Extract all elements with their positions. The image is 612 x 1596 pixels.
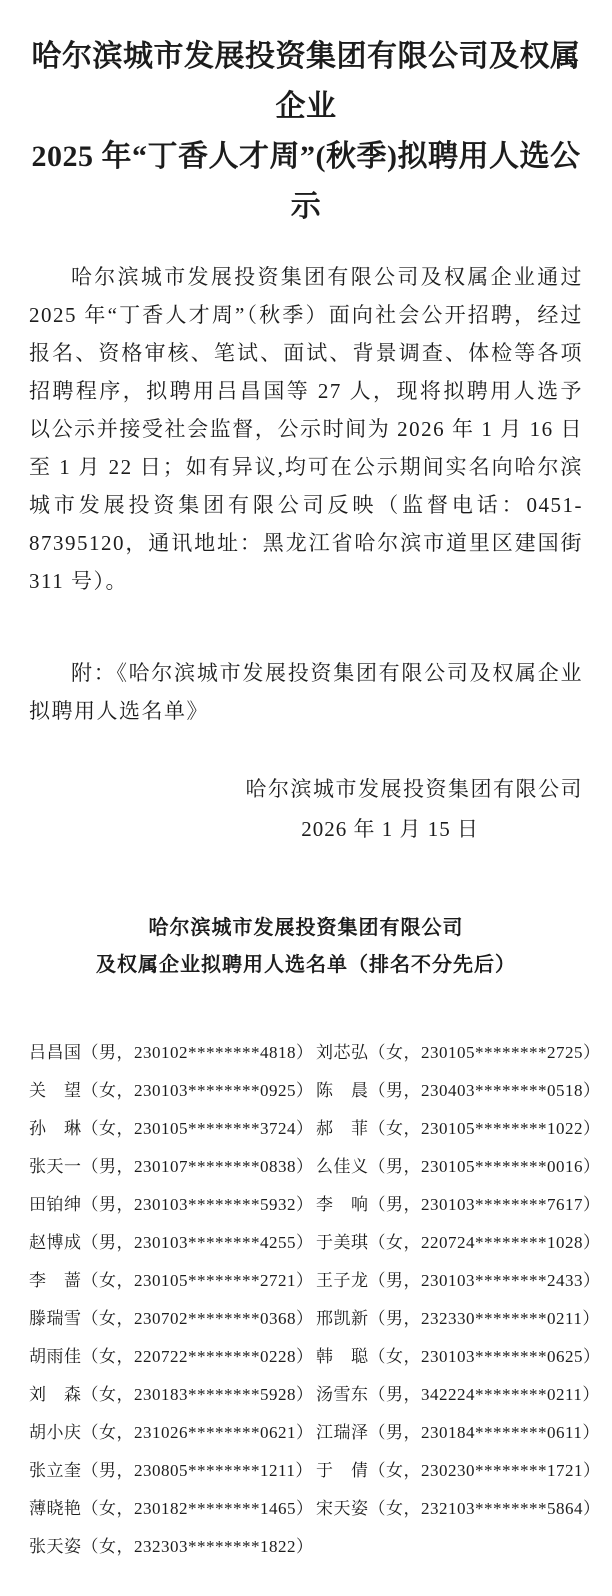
list-item: 关 望（女，230103********0925） xyxy=(29,1072,316,1110)
list-item: 李 响（男，230103********7617） xyxy=(316,1186,601,1224)
list-item: 陈 晨（男，230403********0518） xyxy=(316,1072,601,1110)
list-item: 刘 森（女，230183********5928） xyxy=(29,1376,316,1414)
list-item: 赵博成（男，230103********4255） xyxy=(29,1224,316,1262)
attachment-note: 附：《哈尔滨城市发展投资集团有限公司及权属企业拟聘用人选名单》 xyxy=(29,654,583,730)
list-item: 孙 琳（女，230105********3724） xyxy=(29,1110,316,1148)
doc-title-line1: 哈尔滨城市发展投资集团有限公司及权属企业 xyxy=(29,32,583,132)
list-item: 么佳义（男，230105********0016） xyxy=(316,1148,601,1186)
list-heading-line1: 哈尔滨城市发展投资集团有限公司 xyxy=(29,910,583,947)
doc-title: 哈尔滨城市发展投资集团有限公司及权属企业 2025 年“丁香人才周”(秋季)拟聘… xyxy=(29,32,583,232)
list-item: 于美琪（女，220724********1028） xyxy=(316,1224,601,1262)
list-item: 于 倩（女，230230********1721） xyxy=(316,1452,601,1490)
doc-title-line2: 2025 年“丁香人才周”(秋季)拟聘用人选公示 xyxy=(29,132,583,232)
list-item: 张天姿（女，232303********1822） xyxy=(29,1528,316,1566)
signature-date: 2026 年 1 月 15 日 xyxy=(29,810,583,848)
list-item: 郝 菲（女，230105********1022） xyxy=(316,1110,601,1148)
list-item: 胡雨佳（女，220722********0228） xyxy=(29,1338,316,1376)
list-heading-line2: 及权属企业拟聘用人选名单（排名不分先后） xyxy=(29,947,583,984)
list-item: 滕瑞雪（女，230702********0368） xyxy=(29,1300,316,1338)
list-item: 江瑞泽（男，230184********0611） xyxy=(316,1414,601,1452)
name-list: 吕昌国（男，230102********4818） 关 望（女，230103**… xyxy=(29,1034,583,1566)
list-item: 邢凯新（男，232330********0211） xyxy=(316,1300,601,1338)
list-heading: 哈尔滨城市发展投资集团有限公司 及权属企业拟聘用人选名单（排名不分先后） xyxy=(29,910,583,984)
name-list-left-column: 吕昌国（男，230102********4818） 关 望（女，230103**… xyxy=(29,1034,316,1566)
document-page: 哈尔滨城市发展投资集团有限公司及权属企业 2025 年“丁香人才周”(秋季)拟聘… xyxy=(0,0,612,1596)
announcement-paragraph: 哈尔滨城市发展投资集团有限公司及权属企业通过 2025 年“丁香人才周”（秋季）… xyxy=(29,258,583,600)
list-item: 王子龙（男，230103********2433） xyxy=(316,1262,601,1300)
list-item: 刘芯弘（女，230105********2725） xyxy=(316,1034,601,1072)
list-item: 薄晓艳（女，230182********1465） xyxy=(29,1490,316,1528)
list-item: 汤雪东（男，342224********0211） xyxy=(316,1376,601,1414)
list-item: 张天一（男，230107********0838） xyxy=(29,1148,316,1186)
list-item: 韩 聪（女，230103********0625） xyxy=(316,1338,601,1376)
list-item: 宋天姿（女，232103********5864） xyxy=(316,1490,601,1528)
name-list-right-column: 刘芯弘（女，230105********2725） 陈 晨（男，230403**… xyxy=(316,1034,601,1566)
list-item: 张立奎（男，230805********1211） xyxy=(29,1452,316,1490)
list-item: 田铂绅（男，230103********5932） xyxy=(29,1186,316,1224)
list-item: 李 蔷（女，230105********2721） xyxy=(29,1262,316,1300)
signature-company: 哈尔滨城市发展投资集团有限公司 xyxy=(29,770,583,808)
list-item: 胡小庆（女，231026********0621） xyxy=(29,1414,316,1452)
list-item: 吕昌国（男，230102********4818） xyxy=(29,1034,316,1072)
